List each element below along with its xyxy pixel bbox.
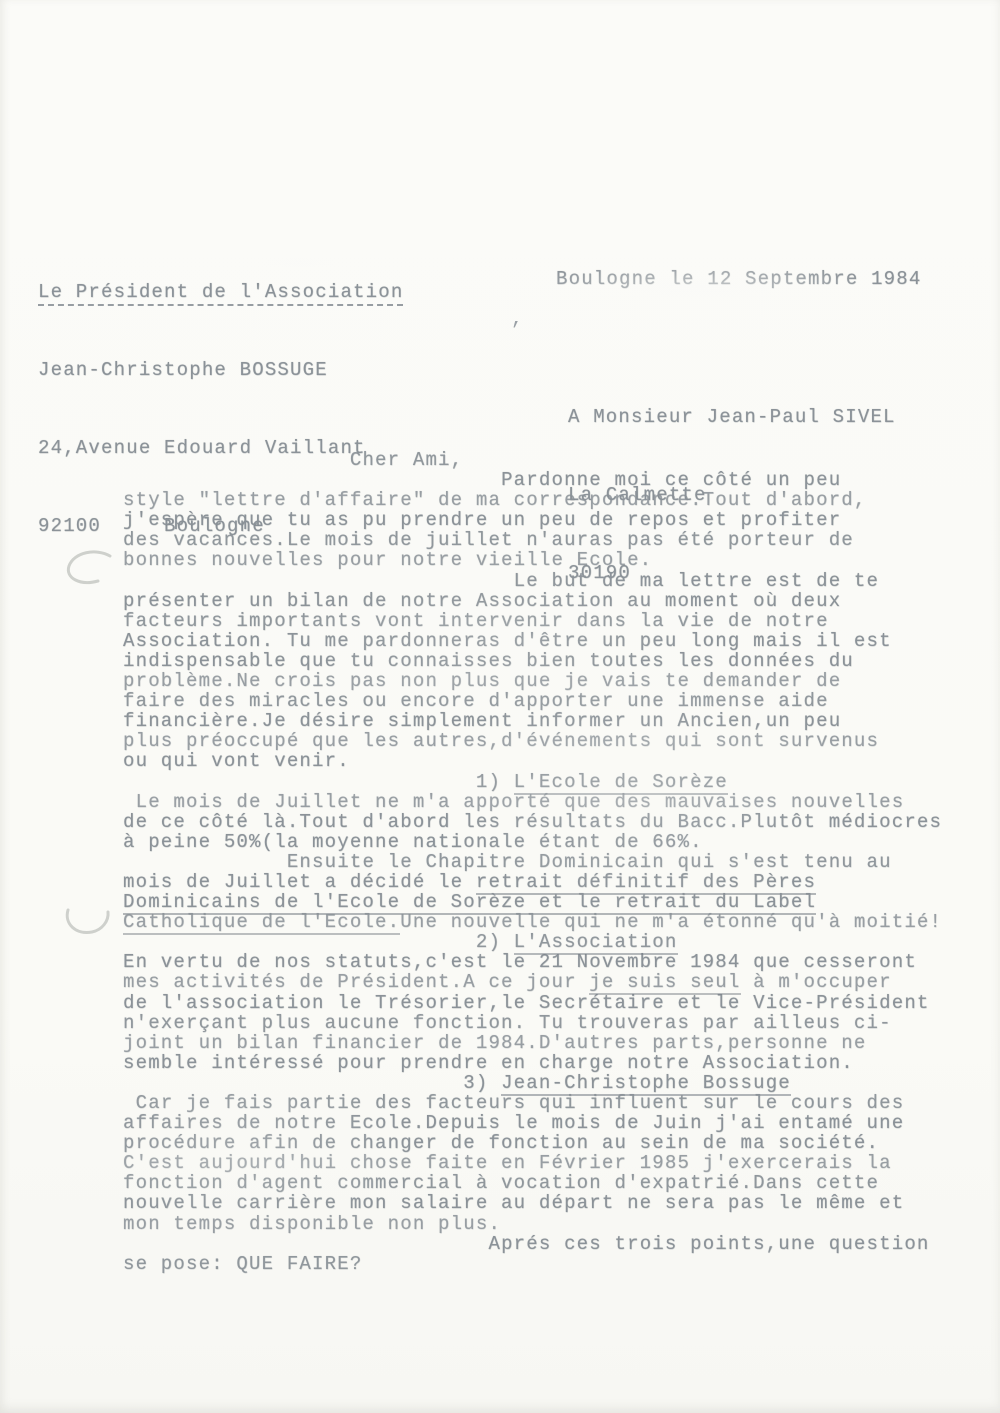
letter-line: 2) L'Association	[123, 932, 942, 952]
text-segment: Aprés ces trois points,une question	[488, 1233, 929, 1255]
letter-line: se pose: QUE FAIRE?	[123, 1254, 942, 1274]
text-segment: procédure afin de changer de fonction au…	[123, 1132, 879, 1154]
letter-line: joint un bilan financier de 1984.D'autre…	[123, 1033, 942, 1053]
text-segment: Ensuite le Chapitre Dominicain qui s'est…	[287, 851, 892, 873]
letter-line: présenter un bilan de notre Association …	[123, 591, 942, 611]
letter-line: Le mois de Juillet ne m'a apporté que de…	[123, 792, 942, 812]
text-segment: Car je fais partie des facteurs qui infl…	[136, 1092, 905, 1114]
text-segment: Association. Tu me pardonneras d'être un…	[123, 630, 892, 652]
text-segment: affaires de notre Ecole.Depuis le mois d…	[123, 1112, 904, 1134]
sender-name: Jean-Christophe BOSSUGE	[38, 357, 403, 383]
sender-title-line: Le Président de l'Association	[38, 279, 403, 305]
text-segment: n'exerçant plus aucune fonction. Tu trou…	[123, 1012, 892, 1034]
text-segment: Une nouvelle qui ne m'a étonné qu'à moit…	[400, 911, 942, 933]
letter-line: mon temps disponible non plus.	[123, 1214, 942, 1234]
letter-line: de l'association le Trésorier,le Secréta…	[123, 993, 942, 1013]
text-segment: de l'association le Trésorier,le Secréta…	[123, 992, 930, 1014]
text-segment: ou qui vont venir.	[123, 750, 350, 772]
sender-title: Le Président de l'Association	[38, 281, 403, 306]
text-segment: Le but de ma lettre est de te	[514, 570, 879, 592]
margin-pen-mark-upper	[62, 548, 118, 590]
letter-line: Association. Tu me pardonneras d'être un…	[123, 631, 942, 651]
text-segment: des vacances.Le mois de juillet n'auras …	[123, 529, 854, 551]
letter-body: Cher Ami, Pardonne moi ce côté un peusty…	[123, 450, 942, 1274]
text-segment: de ce côté là.Tout d'abord les résultats…	[123, 811, 942, 833]
letter-line: Aprés ces trois points,une question	[123, 1234, 942, 1254]
text-segment: facteurs importants vont intervenir dans…	[123, 610, 829, 632]
letter-line: Dominicains de l'Ecole de Sorèze et le r…	[123, 892, 942, 912]
text-segment: bonnes nouvelles pour notre vieille Ecol…	[123, 549, 652, 571]
text-segment: financière.Je désire simplement informer…	[123, 710, 841, 732]
recipient-name: A Monsieur Jean-Paul SIVEL	[568, 404, 896, 430]
text-segment: à m'occuper	[741, 971, 892, 993]
letter-line: j'espère que tu as pu prendre un peu de …	[123, 510, 942, 530]
text-segment: Cher Ami,	[350, 449, 463, 471]
text-segment: Le mois de Juillet ne m'a apporté que de…	[136, 791, 905, 813]
ink-speck: ,	[511, 308, 523, 331]
text-segment: C'est aujourd'hui chose faite en Février…	[123, 1152, 892, 1174]
letter-line: n'exerçant plus aucune fonction. Tu trou…	[123, 1013, 942, 1033]
text-segment: à peine 50%(la moyenne nationale étant d…	[123, 831, 703, 853]
letter-line: problème.Ne crois pas non plus que je va…	[123, 671, 942, 691]
letter-line: Le but de ma lettre est de te	[123, 571, 942, 591]
letter-line: faire des miracles ou encore d'apporter …	[123, 691, 942, 711]
margin-pen-mark-lower	[62, 906, 118, 940]
letter-line: C'est aujourd'hui chose faite en Février…	[123, 1153, 942, 1173]
letter-line: nouvelle carrière mon salaire au départ …	[123, 1193, 942, 1213]
letter-line: ou qui vont venir.	[123, 751, 942, 771]
letter-line: des vacances.Le mois de juillet n'auras …	[123, 530, 942, 550]
text-segment: mon temps disponible non plus.	[123, 1213, 501, 1235]
text-segment: faire des miracles ou encore d'apporter …	[123, 690, 829, 712]
text-segment: plus préoccupé que les autres,d'événemen…	[123, 730, 879, 752]
letter-line: Cher Ami,	[123, 450, 942, 470]
underlined-text: L'Association	[514, 931, 678, 955]
text-segment: Pardonne moi ce côté un peu	[501, 469, 841, 491]
letter-line: mois de Juillet a décidé le retrait défi…	[123, 872, 942, 892]
text-segment: semble intéressé pour prendre en charge …	[123, 1052, 854, 1074]
letter-line: mes activités de Président.A ce jour je …	[123, 972, 942, 992]
text-segment: présenter un bilan de notre Association …	[123, 590, 841, 612]
letter-line: Pardonne moi ce côté un peu	[123, 470, 942, 490]
text-segment: problème.Ne crois pas non plus que je va…	[123, 670, 841, 692]
letter-line: indispensable que tu connaisses bien tou…	[123, 651, 942, 671]
letter-line: style "lettre d'affaire" de ma correspon…	[123, 490, 942, 510]
letter-line: plus préoccupé que les autres,d'événemen…	[123, 731, 942, 751]
letter-line: Catholique de l'Ecole.Une nouvelle qui n…	[123, 912, 942, 932]
letter-line: procédure afin de changer de fonction au…	[123, 1133, 942, 1153]
letter-line: 1) L'Ecole de Sorèze	[123, 772, 942, 792]
text-segment: mes activités de Président.A ce jour	[123, 971, 589, 993]
letter-line: financière.Je désire simplement informer…	[123, 711, 942, 731]
text-segment: joint un bilan financier de 1984.D'autre…	[123, 1032, 867, 1054]
letter-line: à peine 50%(la moyenne nationale étant d…	[123, 832, 942, 852]
text-segment: mois de Juillet a décidé le	[123, 871, 476, 893]
letter-line: fonction d'agent commercial à vocation d…	[123, 1173, 942, 1193]
letter-line: En vertu de nos statuts,c'est le 21 Nove…	[123, 952, 942, 972]
letter-page: Le Président de l'Association Jean-Chris…	[0, 0, 1000, 1413]
letter-line: facteurs importants vont intervenir dans…	[123, 611, 942, 631]
underlined-text: je suis seul	[589, 971, 740, 995]
letter-line: 3) Jean-Christophe Bossuge	[123, 1073, 942, 1093]
dateline: Boulogne le 12 Septembre 1984	[556, 268, 921, 290]
text-segment: 3)	[463, 1072, 501, 1094]
letter-line: Ensuite le Chapitre Dominicain qui s'est…	[123, 852, 942, 872]
letter-line: affaires de notre Ecole.Depuis le mois d…	[123, 1113, 942, 1133]
letter-line: bonnes nouvelles pour notre vieille Ecol…	[123, 550, 942, 570]
text-segment: indispensable que tu connaisses bien tou…	[123, 650, 854, 672]
letter-line: de ce côté là.Tout d'abord les résultats…	[123, 812, 942, 832]
text-segment: style "lettre d'affaire" de ma correspon…	[123, 489, 867, 511]
text-segment: 2)	[476, 931, 514, 953]
text-segment: nouvelle carrière mon salaire au départ …	[123, 1192, 904, 1214]
letter-line: Car je fais partie des facteurs qui infl…	[123, 1093, 942, 1113]
text-segment: fonction d'agent commercial à vocation d…	[123, 1172, 879, 1194]
text-segment: se pose: QUE FAIRE?	[123, 1253, 362, 1275]
text-segment: 1)	[476, 771, 514, 793]
text-segment: j'espère que tu as pu prendre un peu de …	[123, 509, 841, 531]
letter-line: semble intéressé pour prendre en charge …	[123, 1053, 942, 1073]
